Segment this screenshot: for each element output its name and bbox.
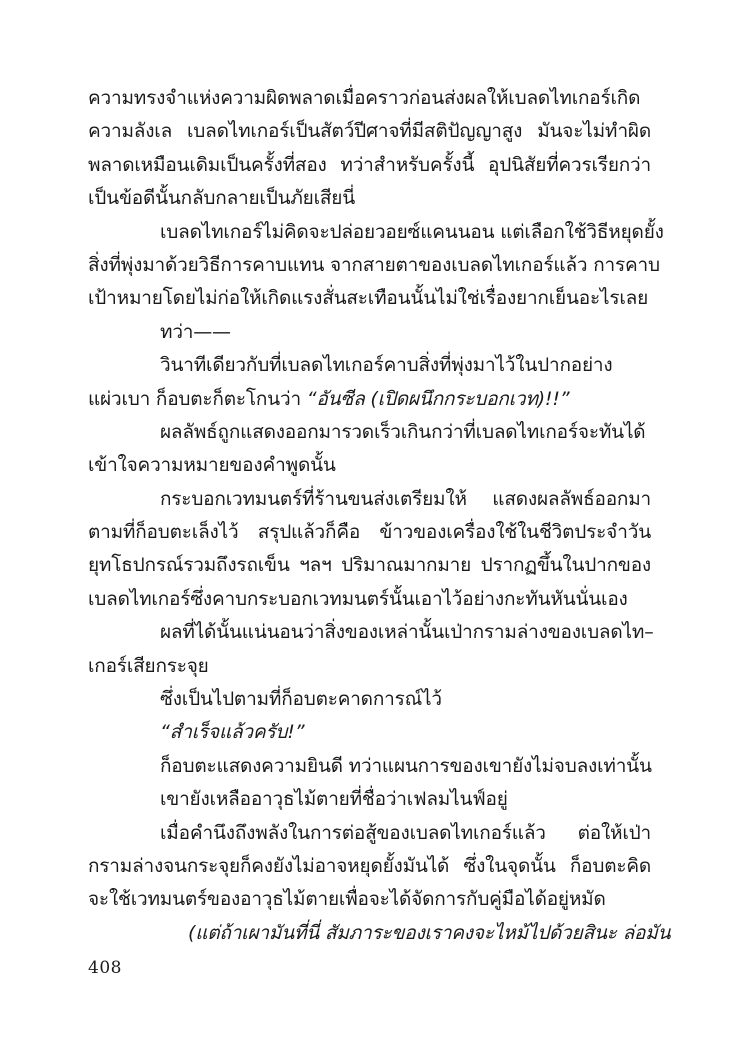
body-text: ความทรงจำแห่งความผิดพลาดเมื่อคราวก่อนส่ง…	[88, 82, 651, 950]
dialogue-line: “สำเร็จแล้วครับ!”	[88, 716, 651, 749]
book-page: ความทรงจำแห่งความผิดพลาดเมื่อคราวก่อนส่ง…	[0, 0, 738, 1051]
text-line: ทว่า——	[88, 316, 651, 349]
text-line: กรามล่างจนกระจุยก็คงยังไม่อาจหยุดยั้งมัน…	[88, 850, 651, 883]
text-line: เกอร์เสียกระจุย	[88, 650, 651, 683]
text-line: เมื่อคำนึงถึงพลังในการต่อสู้ของเบลดไทเกอ…	[88, 817, 651, 850]
text-line: สิ่งที่พุ่งมาด้วยวิธีการคาบแทน จากสายตาข…	[88, 249, 651, 282]
text-line: ผลที่ได้นั้นแน่นอนว่าสิ่งของเหล่านั้นเป่…	[88, 616, 651, 649]
text-line: เบลดไทเกอร์ซึ่งคาบกระบอกเวทมนตร์นั้นเอาไ…	[88, 583, 651, 616]
text-line: ซึ่งเป็นไปตามที่ก็อบตะคาดการณ์ไว้	[88, 683, 651, 716]
inner-thought-line: (แต่ถ้าเผามันที่นี่ สัมภาระของเราคงจะไหม…	[88, 917, 651, 950]
text-line: ยุทโธปกรณ์รวมถึงรถเข็น ฯลฯ ปริมาณมากมาย …	[88, 549, 651, 582]
text-line: ความลังเล เบลดไทเกอร์เป็นสัตว์ปีศาจที่มี…	[88, 115, 651, 148]
page-number: 408	[88, 958, 122, 978]
text-line: เป็นข้อดีนั้นกลับกลายเป็นภัยเสียนี่	[88, 182, 651, 215]
text-line: ผลลัพธ์ถูกแสดงออกมารวดเร็วเกินกว่าที่เบล…	[88, 416, 651, 449]
text-line: พลาดเหมือนเดิมเป็นครั้งที่สอง ทว่าสำหรับ…	[88, 149, 651, 182]
text-line: วินาทีเดียวกับที่เบลดไทเกอร์คาบสิ่งที่พุ…	[88, 349, 651, 382]
narration-text: แผ่วเบา ก็อบตะก็ตะโกนว่า	[88, 388, 307, 410]
text-line: จะใช้เวทมนตร์ของอาวุธไม้ตายเพื่อจะได้จัด…	[88, 883, 651, 916]
text-line: เบลดไทเกอร์ไม่คิดจะปล่อยวอยซ์แคนนอน แต่เ…	[88, 216, 651, 249]
text-line: กระบอกเวทมนตร์ที่ร้านขนส่งเตรียมให้ แสดง…	[88, 483, 651, 516]
text-line: เขายังเหลืออาวุธไม้ตายที่ชื่อว่าเฟลมไนฟ์…	[88, 783, 651, 816]
text-line: เข้าใจความหมายของคำพูดนั้น	[88, 449, 651, 482]
spell-dialogue: “อันซีล (เปิดผนึกกระบอกเวท)!!”	[307, 388, 570, 410]
text-line: ตามที่ก็อบตะเล็งไว้ สรุปแล้วก็คือ ข้าวขอ…	[88, 516, 651, 549]
text-line-dialogue: แผ่วเบา ก็อบตะก็ตะโกนว่า “อันซีล (เปิดผน…	[88, 383, 651, 416]
text-line: ความทรงจำแห่งความผิดพลาดเมื่อคราวก่อนส่ง…	[88, 82, 651, 115]
text-line: ก็อบตะแสดงความยินดี ทว่าแผนการของเขายังไ…	[88, 750, 651, 783]
text-line: เป้าหมายโดยไม่ก่อให้เกิดแรงสั่นสะเทือนนั…	[88, 282, 651, 315]
